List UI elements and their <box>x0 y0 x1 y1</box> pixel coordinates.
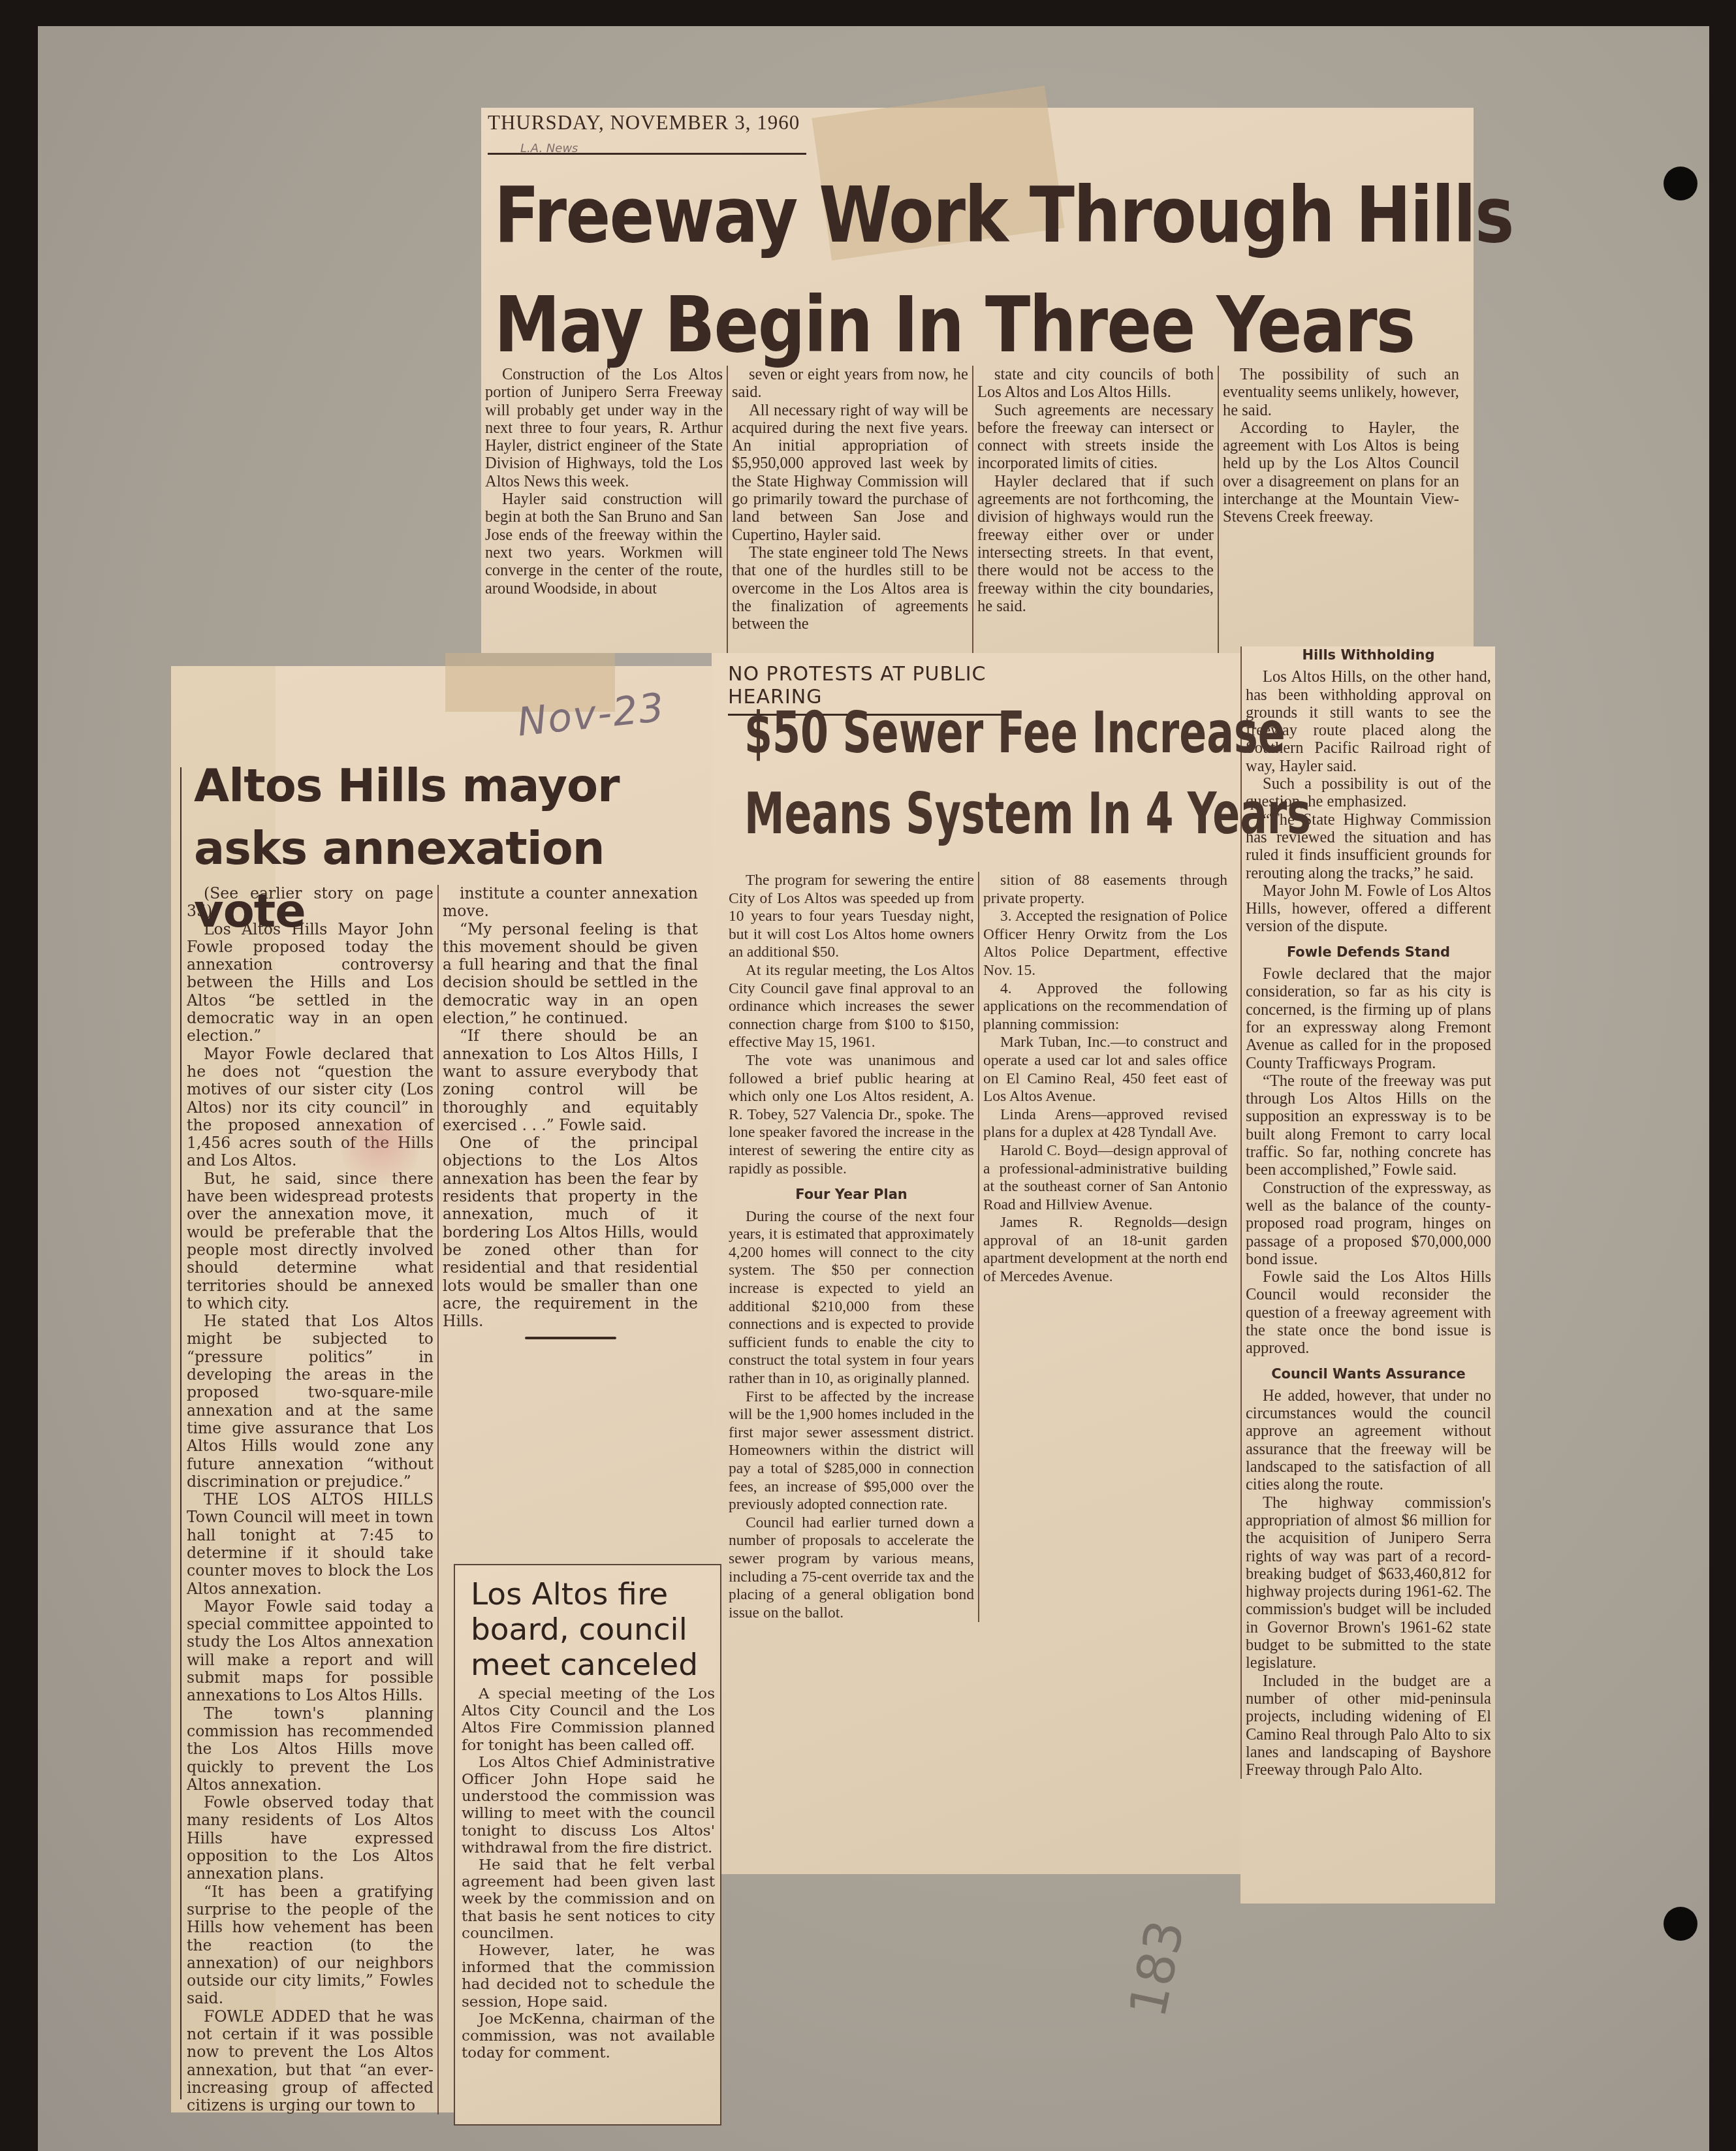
binder-hole <box>1664 1907 1697 1941</box>
freeway-col-3: state and city councils of both Los Alto… <box>972 366 1218 653</box>
end-mark <box>525 1337 616 1339</box>
paragraph: “The route of the freeway was put throug… <box>1246 1072 1491 1179</box>
paragraph: Mayor Fowle said today a special committ… <box>187 1598 434 1705</box>
paragraph: The vote was unanimous and followed a br… <box>729 1052 974 1178</box>
paragraph: All necessary right of way will be acqui… <box>732 402 968 544</box>
paragraph: 3. Accepted the resignation of Police Of… <box>983 908 1227 980</box>
dateline-scrawl: L.A. News <box>520 142 578 155</box>
paragraph: Joe McKenna, chairman of the commission,… <box>462 2011 715 2062</box>
fire-headline: Los Altos fire board, council meet cance… <box>455 1565 720 1685</box>
red-ink-smudge <box>341 1091 419 1195</box>
binder-hole <box>1664 167 1697 200</box>
annexation-col-1: (See earlier story on page 35).Los Altos… <box>183 885 437 2114</box>
paragraph: FOWLE ADDED that he was not certain if i… <box>187 2008 434 2115</box>
paragraph: One of the principal objections to the L… <box>443 1134 698 1330</box>
paragraph: Included in the budget are a number of o… <box>1246 1672 1491 1779</box>
subhead-hills-withholding: Hills Withholding <box>1246 646 1491 664</box>
paragraph: (See earlier story on page 35). <box>187 885 434 921</box>
freeway-col-2: seven or eight years from now, he said.A… <box>727 366 972 653</box>
sewer-headline: $50 Sewer Fee Increase Means System In 4… <box>744 692 1131 854</box>
paragraph: Construction of the Los Altos portion of… <box>485 366 723 490</box>
paragraph: But, he said, since there have been wide… <box>187 1170 434 1313</box>
paragraph: Mark Tuban, Inc.—to construct and operat… <box>983 1034 1227 1106</box>
paragraph: During the course of the next four years… <box>729 1208 974 1388</box>
paragraph: “If there should be an annexation to Los… <box>443 1027 698 1134</box>
paragraph: institute a counter annexation move. <box>443 885 698 921</box>
paragraph: Council had earlier turned down a number… <box>729 1514 974 1623</box>
subhead-council-assurance: Council Wants Assurance <box>1246 1365 1491 1383</box>
freeway-article-clipping: THURSDAY, NOVEMBER 3, 1960 L.A. News Fre… <box>481 108 1474 653</box>
freeway-col-1: Construction of the Los Altos portion of… <box>481 366 727 653</box>
fowle-paragraphs: Fowle declared that the major considerat… <box>1246 965 1491 1358</box>
paragraph: “It has been a gratifying surprise to th… <box>187 1883 434 2008</box>
handwritten-page-number: 183 <box>1118 1915 1196 2022</box>
freeway-col-4: The possibility of such an eventuality s… <box>1218 366 1463 653</box>
paragraph: The state engineer told The News that on… <box>732 544 968 633</box>
paragraph: Los Altos Hills Mayor John Fowle propose… <box>187 921 434 1045</box>
subhead-fowle-defends: Fowle Defends Stand <box>1246 944 1491 961</box>
paragraph: He added, however, that under no circums… <box>1246 1387 1491 1494</box>
sewer-article-clipping: NO PROTESTS AT PUBLIC HEARING $50 Sewer … <box>712 653 1240 1874</box>
paragraph: The possibility of such an eventuality s… <box>1223 366 1459 419</box>
paragraph: He stated that Los Altos might be subjec… <box>187 1313 434 1491</box>
paragraph: seven or eight years from now, he said. <box>732 366 968 402</box>
fire-article-clipping: Los Altos fire board, council meet cance… <box>454 1564 721 2126</box>
paragraph: Hayler declared that if such agreements … <box>977 473 1214 615</box>
paragraph: Construction of the expressway, as well … <box>1246 1179 1491 1268</box>
paragraph: First to be affected by the increase wil… <box>729 1388 974 1514</box>
paragraph: The town's planning commission has recom… <box>187 1705 434 1794</box>
paragraph: sition of 88 easements through private p… <box>983 872 1227 908</box>
paragraph: According to Hayler, the agreement with … <box>1223 419 1459 526</box>
paragraph: Fowle declared that the major considerat… <box>1246 965 1491 1072</box>
freeway-headline: Freeway Work Through Hills May Begin In … <box>494 160 1325 379</box>
paragraph: However, later, he was informed that the… <box>462 1942 715 2011</box>
paragraph: Linda Arens—approved revised plans for a… <box>983 1106 1227 1142</box>
paragraph: THE LOS ALTOS HILLS Town Council will me… <box>187 1491 434 1598</box>
sewer-col-2: sition of 88 easements through private p… <box>978 872 1231 1622</box>
sewer-col-1: The program for sewering the entire City… <box>725 872 978 1622</box>
paragraph: At its regular meeting, the Los Altos Ci… <box>729 962 974 1052</box>
paragraph: Mayor John M. Fowle of Los Altos Hills, … <box>1246 882 1491 936</box>
paragraph: James R. Regnolds—design approval of an … <box>983 1214 1227 1286</box>
paragraph: The highway commission's appropriation o… <box>1246 1494 1491 1672</box>
paragraph: He said that he felt verbal agreement ha… <box>462 1856 715 1942</box>
paragraph: Harold C. Boyd—design approval of a prof… <box>983 1142 1227 1214</box>
paragraph: state and city councils of both Los Alto… <box>977 366 1214 402</box>
sewer-body: The program for sewering the entire City… <box>725 872 1240 1622</box>
freeway-body: Construction of the Los Altos portion of… <box>481 366 1474 653</box>
paragraph: Fowle said the Los Altos Hills Council w… <box>1246 1268 1491 1357</box>
paragraph: Los Altos Chief Administrative Officer J… <box>462 1754 715 1856</box>
paragraph: 4. Approved the following applications o… <box>983 980 1227 1034</box>
paragraph: The program for sewering the entire City… <box>729 872 974 962</box>
council-paragraphs: He added, however, that under no circums… <box>1246 1387 1491 1779</box>
paragraph: Such agreements are necessary before the… <box>977 402 1214 473</box>
paragraph: A special meeting of the Los Altos City … <box>462 1685 715 1754</box>
paragraph: Fowle observed today that many residents… <box>187 1794 434 1883</box>
fire-body: A special meeting of the Los Altos City … <box>455 1685 720 2062</box>
paragraph: “My personal feeling is that this moveme… <box>443 921 698 1028</box>
paragraph: Hayler said construction will begin at b… <box>485 490 723 597</box>
subhead-four-year-plan: Four Year Plan <box>729 1186 974 1204</box>
